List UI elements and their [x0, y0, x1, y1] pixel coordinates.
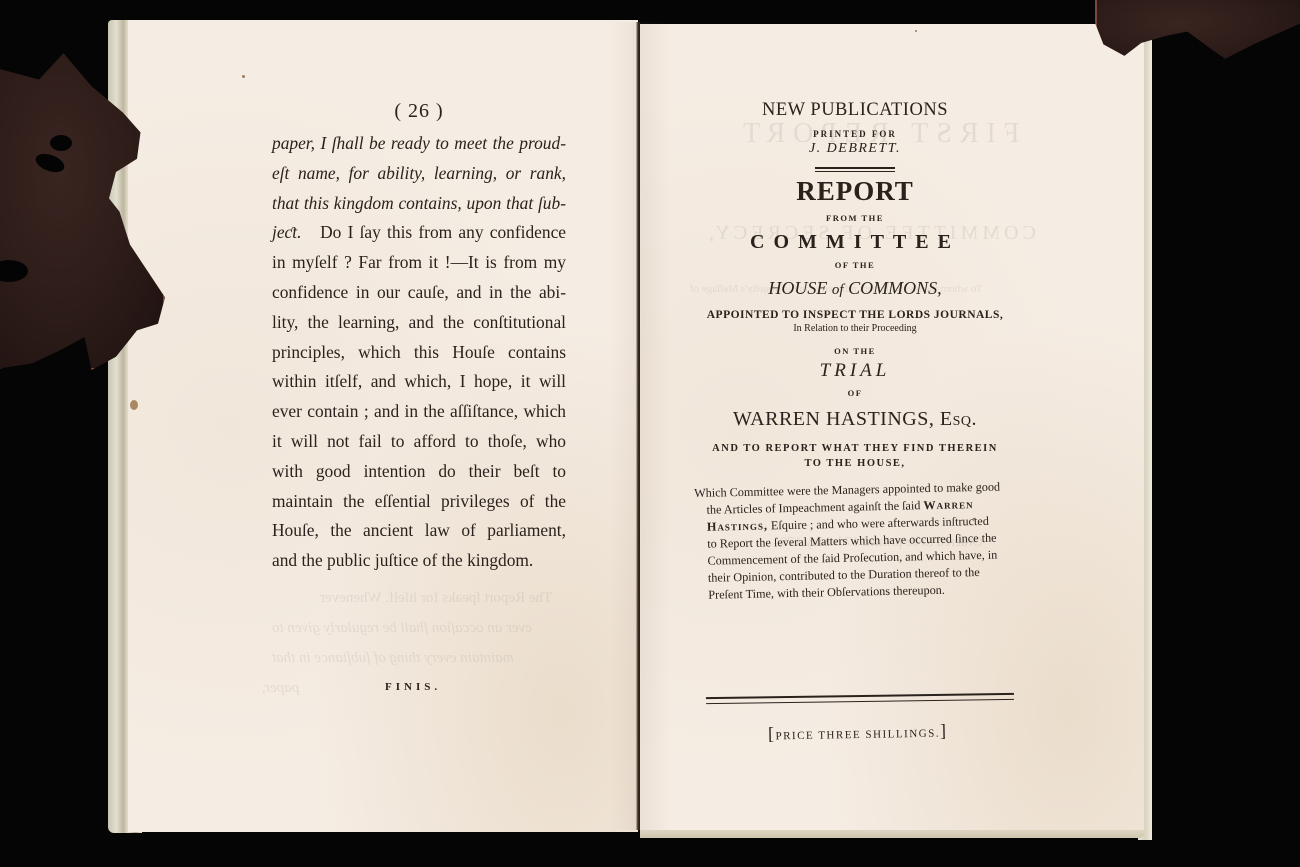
to-report-line: AND TO REPORT WHAT THEY FIND THEREIN [690, 443, 1020, 454]
paragraph-fragment-smallcaps: Hastings, [707, 518, 768, 533]
text-line: in myſelf ? Far from it !—It is from my [272, 248, 566, 278]
price-label: [PRICE THREE SHILLINGS.] [768, 720, 948, 744]
book-gutter [636, 22, 640, 830]
price-text: PRICE THREE SHILLINGS. [775, 728, 940, 743]
title-rule [815, 167, 895, 172]
bleed-through-left-1: The Report ſpeaks for itſelf. Whenever [320, 590, 552, 607]
subject-name: WARREN HASTINGS, Esq. [690, 408, 1020, 431]
page-number: ( 26 ) [272, 100, 566, 123]
paper-speck [242, 75, 245, 78]
price-bracket-close: ] [940, 720, 948, 740]
text-line: Houſe, the ancient law of parliament, [272, 516, 566, 546]
publisher-name: J. DEBRETT. [690, 141, 1020, 157]
text-fragment: Do I ſay this from any confidence [320, 222, 566, 242]
ornament-hole [33, 150, 67, 175]
publications-heading: NEW PUBLICATIONS [690, 100, 1020, 121]
esquire-suffix: Esq. [940, 408, 977, 430]
text-line: ever contain ; and in the aſſiſtance, wh… [272, 397, 566, 427]
right-page-text: NEW PUBLICATIONS PRINTED FOR J. DEBRETT.… [690, 100, 1020, 604]
of-label: OF [690, 388, 1020, 398]
gutter-shadow [610, 22, 670, 830]
of-word: of [832, 282, 844, 298]
paper-speck [915, 30, 917, 32]
text-line: and the public juſtice of the kingdom. [272, 546, 566, 576]
price-bracket-open: [ [768, 723, 776, 743]
from-the-label: FROM THE [690, 213, 1020, 223]
paragraph-fragment-smallcaps: Warren [923, 497, 973, 512]
of-the-label: OF THE [690, 260, 1020, 270]
house-of-commons: HOUSE of COMMONS, [690, 278, 1020, 299]
text-line: paper, I ſhall be ready to meet the prou… [272, 129, 566, 159]
left-page-text: ( 26 ) paper, I ſhall be ready to meet t… [272, 100, 566, 576]
to-house-line: TO THE HOUSE, [690, 458, 1020, 469]
appointed-line: APPOINTED TO INSPECT THE LORDS JOURNALS, [690, 309, 1020, 321]
trial-heading: TRIAL [690, 360, 1020, 382]
text-line: it will not fail to afford to thoſe, who [272, 427, 566, 457]
description-paragraph: Which Committee were the Managers appoin… [694, 478, 1022, 604]
printed-for-label: PRINTED FOR [690, 129, 1020, 139]
house-word: HOUSE [768, 278, 827, 298]
text-line: with good intention do their beſt to [272, 457, 566, 487]
text-line: confidence in our cauſe, and in the abi- [272, 278, 566, 308]
warren-hastings: WARREN HASTINGS, [733, 408, 934, 430]
text-line: that this kingdom contains, upon that ſu… [272, 189, 566, 219]
text-line: eſt name, for ability, learning, or rank… [272, 159, 566, 189]
ornament-hole [50, 135, 72, 151]
finis-label: FINIS. [385, 681, 441, 693]
relation-line: In Relation to their Proceeding [690, 323, 1020, 334]
report-title: REPORT [690, 176, 1020, 207]
book-photo-scene: FIRST REPORT COMMITTEE OF SECRECY, To wh… [0, 0, 1300, 867]
paper-stain [130, 400, 138, 410]
text-fragment-italic: jeƈt. [272, 222, 301, 242]
text-line: maintain the eſſential privileges of the [272, 487, 566, 517]
text-line: within itſelf, and which, I hope, it wil… [272, 367, 566, 397]
bleed-through-left-4: paper, [262, 680, 299, 697]
commons-word: COMMONS, [848, 278, 942, 298]
bleed-through-left-2: ever an occaſion ſhall be regularly give… [272, 620, 532, 637]
text-line: principles, which this Houſe contains [272, 338, 566, 368]
ornament-hole [0, 260, 28, 282]
text-line: lity, the learning, and the conſtitution… [272, 308, 566, 338]
committee-heading: COMMITTEE [690, 231, 1020, 254]
bleed-through-left-3: maintain every thing of ſubſtance in tha… [272, 650, 514, 667]
on-the-label: ON THE [690, 346, 1020, 356]
text-line: jeƈt. Do I ſay this from any confidence [272, 218, 566, 248]
